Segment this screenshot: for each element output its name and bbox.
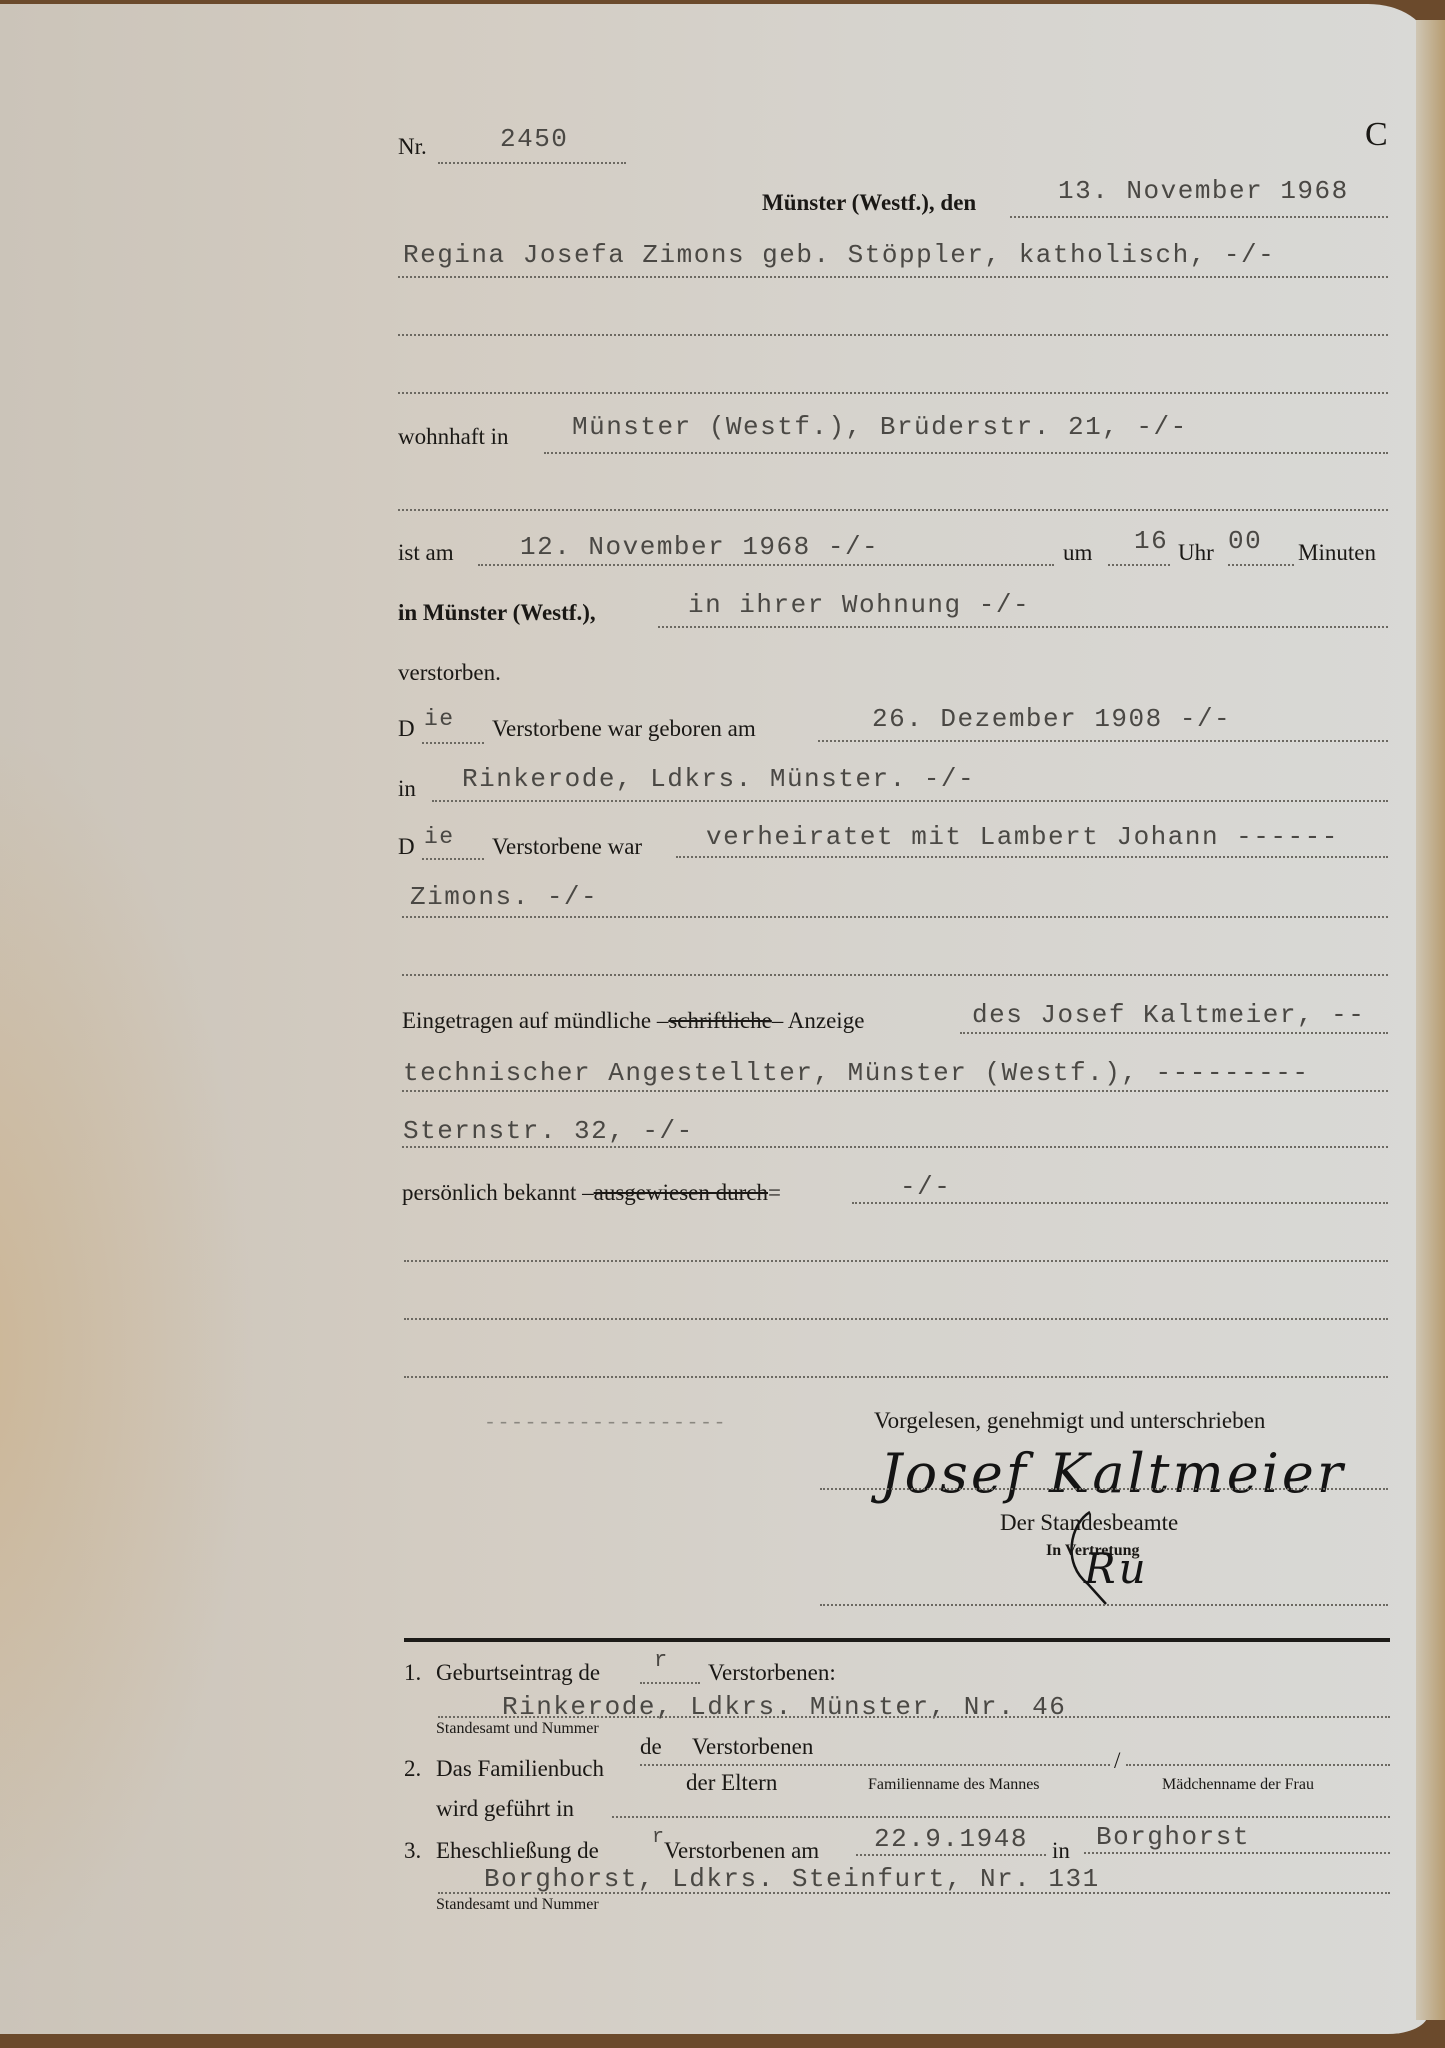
fn3-label-b: Verstorbenen am [664, 1838, 819, 1864]
report-label-oral: Eingetragen auf mündliche – [402, 1008, 668, 1033]
fn3-in-label: in [1052, 1838, 1070, 1864]
fn3-caption: Standesamt und Nummer [436, 1896, 599, 1914]
read-approved-label: Vorgelesen, genehmigt und unterschrieben [874, 1408, 1265, 1434]
marital-label: Verstorbene war [492, 834, 642, 860]
blank-line-2 [404, 1318, 1388, 1320]
register-page: C Nr. 2450 Münster (Westf.), den 13. Nov… [0, 4, 1428, 2034]
death-hour: 16 [1134, 526, 1168, 556]
name-line-1 [398, 276, 1388, 278]
book-page-edge [1416, 20, 1445, 2020]
birth-place-line [432, 800, 1388, 802]
identity-eq: = [768, 1180, 781, 1205]
marital-article: ie [424, 824, 455, 850]
informant-signature: Josef Kaltmeier [880, 1442, 1346, 1505]
fn2-option-bottom: der Eltern [686, 1770, 777, 1796]
report-label-notice: – Anzeige [772, 1008, 865, 1033]
blank-line-1 [404, 1260, 1388, 1262]
birth-date: 26. Dezember 1908 -/- [872, 704, 1231, 734]
fn3-date: 22.9.1948 [874, 1824, 1028, 1854]
death-date-line [478, 564, 1054, 566]
fn2-wife-line [1126, 1764, 1390, 1766]
report-label-written-struck: schriftliche [668, 1008, 771, 1033]
death-date-label: ist am [398, 540, 454, 566]
death-place: in ihrer Wohnung -/- [688, 590, 1030, 620]
registration-date: 13. November 1968 [1058, 176, 1349, 206]
fn2-kept-label: wird geführt in [436, 1796, 574, 1822]
fn2-slash: / [1114, 1748, 1120, 1774]
fn2-caption-wife: Mädchenname der Frau [1162, 1776, 1314, 1794]
fn1-label-a: Geburtseintrag de [436, 1660, 600, 1686]
fn1-value-line [438, 1716, 1390, 1718]
birth-label: Verstorbene war geboren am [492, 716, 756, 742]
fn3-label-a: Eheschließung de [436, 1838, 599, 1864]
birth-article-line [422, 742, 484, 744]
time-um-label: um [1063, 540, 1092, 566]
informant-line-1 [960, 1032, 1388, 1034]
informant-line-2 [402, 1090, 1388, 1092]
name-line-2 [398, 334, 1388, 336]
fn1-number: 1. [404, 1660, 421, 1686]
name-line-3 [398, 392, 1388, 394]
birth-prefix: D [398, 716, 415, 742]
fn2-label: Das Familienbuch [436, 1756, 604, 1782]
identity-struck: ausgewiesen durch [594, 1180, 768, 1205]
report-label: Eingetragen auf mündliche –schriftliche–… [402, 1008, 864, 1034]
footer-rule [404, 1638, 1390, 1642]
fn2-option-top-prefix: de [640, 1734, 662, 1760]
marital-prefix: D [398, 834, 415, 860]
informant-2: technischer Angestellter, Münster (Westf… [403, 1058, 1309, 1088]
minutes-label: Minuten [1298, 540, 1376, 566]
fn3-place-line [1084, 1852, 1390, 1854]
entry-number: 2450 [500, 124, 568, 154]
fill-dashes: ------------------ [484, 1412, 727, 1435]
registrar-signature-line [820, 1604, 1388, 1606]
informant-line-3 [402, 1146, 1388, 1148]
birth-place: Rinkerode, Ldkrs. Münster. -/- [462, 764, 975, 794]
informant-1: des Josef Kaltmeier, -- [972, 1000, 1365, 1030]
birth-article: ie [424, 706, 455, 732]
residence-line-2 [398, 509, 1388, 511]
residence: Münster (Westf.), Brüderstr. 21, -/- [572, 412, 1188, 442]
fn1-suffix-line [640, 1682, 700, 1684]
identity-value: -/- [900, 1172, 951, 1202]
minutes-line [1228, 564, 1294, 566]
marital-article-line [422, 858, 484, 860]
informant-signature-line [820, 1488, 1388, 1490]
fn1-label-b: Verstorbenen: [708, 1660, 836, 1686]
marital-line-2 [402, 916, 1388, 918]
death-minutes: 00 [1228, 526, 1262, 556]
corner-mark: C [1365, 116, 1388, 154]
death-date: 12. November 1968 -/- [520, 532, 879, 562]
marital-line-1 [676, 856, 1388, 858]
death-place-label: in Münster (Westf.), [398, 600, 596, 626]
identity-known: persönlich bekannt – [402, 1180, 594, 1205]
identity-line [852, 1202, 1388, 1204]
entry-number-line [438, 162, 626, 164]
died-label: verstorben. [398, 660, 501, 686]
fn3-value-line [438, 1892, 1390, 1894]
fn3-number: 3. [404, 1838, 421, 1864]
fn2-option-top: Verstorbenen [692, 1734, 813, 1760]
fn3-place: Borghorst [1096, 1822, 1250, 1852]
fn1-suffix: r [654, 1648, 669, 1673]
fn2-husband-line [640, 1764, 1110, 1766]
hour-label: Uhr [1178, 540, 1214, 566]
identity-label: persönlich bekannt –ausgewiesen durch= [402, 1180, 781, 1206]
fn3-value: Borghorst, Ldkrs. Steinfurt, Nr. 131 [484, 1864, 1100, 1894]
fn3-date-line [856, 1854, 1046, 1856]
marital-status-2: Zimons. -/- [410, 882, 598, 912]
residence-label: wohnhaft in [398, 424, 509, 450]
fn2-caption-husband: Familienname des Mannes [868, 1776, 1040, 1794]
entry-number-label: Nr. [398, 134, 427, 160]
registrar-signature-stroke-icon [1050, 1504, 1170, 1614]
fn2-kept-line [612, 1816, 1390, 1818]
informant-3: Sternstr. 32, -/- [403, 1116, 694, 1146]
residence-line [544, 452, 1388, 454]
marital-status-1: verheiratet mit Lambert Johann ------ [706, 822, 1339, 852]
fn2-number: 2. [404, 1756, 421, 1782]
fn1-caption: Standesamt und Nummer [436, 1720, 599, 1738]
hour-line [1108, 564, 1170, 566]
date-line [1010, 216, 1388, 218]
birth-place-label: in [398, 776, 416, 802]
blank-line-3 [404, 1376, 1388, 1378]
place-date-label: Münster (Westf.), den [762, 190, 976, 216]
deceased-name: Regina Josefa Zimons geb. Stöppler, kath… [403, 240, 1275, 270]
marital-line-3 [402, 974, 1388, 976]
death-place-line [658, 626, 1388, 628]
birth-date-line [818, 740, 1388, 742]
